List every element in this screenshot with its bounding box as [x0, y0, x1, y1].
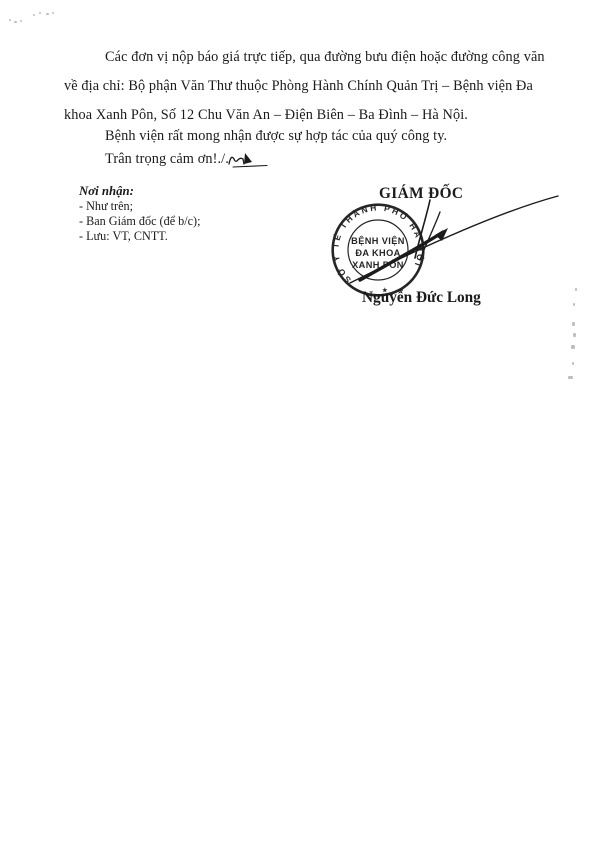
body-line-2: về địa chỉ: Bộ phận Văn Thư thuộc Phòng … [64, 78, 533, 95]
body-line-1: Các đơn vị nộp báo giá trực tiếp, qua đư… [105, 49, 545, 66]
recipients-heading: Nơi nhận: [79, 184, 201, 199]
body-line-4: Bệnh viện rất mong nhận được sự hợp tác … [105, 128, 447, 145]
recipient-item-2: - Ban Giám đốc (để b/c); [79, 214, 201, 229]
body-line-5: Trân trọng cảm ơn!./. [105, 151, 229, 168]
document-page: Các đơn vị nộp báo giá trực tiếp, qua đư… [0, 0, 592, 842]
recipients-block: Nơi nhận: - Như trên; - Ban Giám đốc (để… [79, 184, 201, 244]
body-line-3: khoa Xanh Pôn, Số 12 Chu Văn An – Điện B… [64, 107, 468, 124]
recipient-item-1: - Như trên; [79, 199, 201, 214]
signature-pen-blob [435, 228, 448, 241]
director-signature [335, 188, 567, 300]
signer-name: Nguyễn Đức Long [362, 289, 481, 307]
handwritten-initials [224, 146, 276, 172]
recipient-item-3: - Lưu: VT, CNTT. [79, 229, 201, 244]
